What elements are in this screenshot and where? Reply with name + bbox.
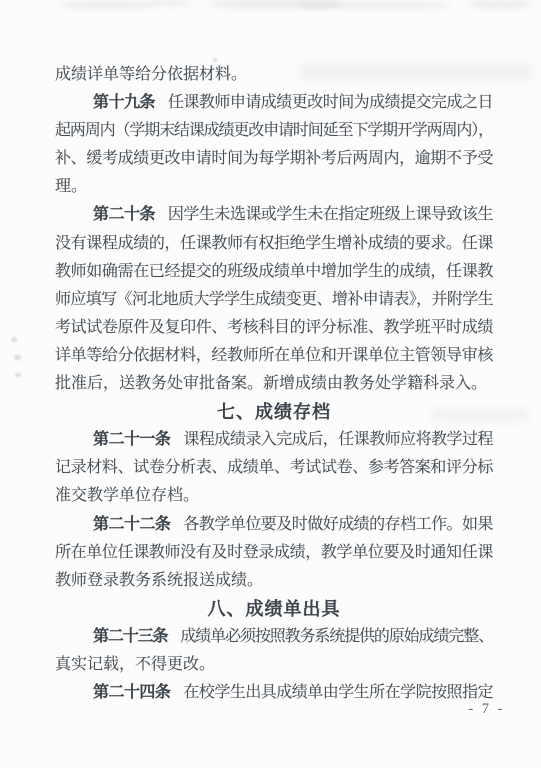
article-number-label: 第二十四条: [93, 684, 170, 701]
body-line: 成绩详单等给分依据材料。: [55, 61, 493, 89]
body-line: 补、缓考成绩更改申请时间为每学期补考后两周内，逾期不予受: [55, 145, 493, 173]
body-line: 真实记载，不得更改。: [55, 651, 493, 679]
line-text: 师应填写《河北地质大学学生成绩变更、增补申请表》，并附学生: [55, 291, 493, 308]
line-text: 详单等给分依据材料，经教师所在单位和开课单位主管领导审核: [55, 347, 493, 364]
body-line: 详单等给分依据材料，经教师所在单位和开课单位主管领导审核: [55, 342, 493, 370]
article-line: 第二十四条在校学生出具成绩单由学生所在学院按照指定: [55, 679, 493, 707]
article-line: 第二十二条各教学单位要及时做好成绩的存档工作。如果: [55, 511, 493, 539]
article-number-label: 第十九条: [93, 94, 155, 111]
article-number-label: 第二十一条: [93, 431, 170, 448]
body-line: 所在单位任课教师没有及时登录成绩，教学单位要及时通知任课: [55, 539, 493, 567]
line-text: 因学生未选课或学生未在指定班级上课导致该生: [168, 206, 493, 223]
body-line: 教师登录教务系统报送成绩。: [55, 567, 493, 595]
line-text: 记录材料、试卷分析表、成绩单、考试试卷、参考答案和评分标: [55, 459, 493, 476]
article-number-label: 第二十二条: [93, 516, 170, 533]
article-line: 第二十条因学生未选课或学生未在指定班级上课导致该生: [55, 201, 493, 229]
line-text: 成绩单必须按照教务系统提供的原始成绩完整、: [180, 628, 493, 645]
line-text: 任课教师申请成绩更改时间为成绩提交完成之日: [168, 94, 493, 111]
line-text: 课程成绩录入完成后，任课教师应将教学过程: [183, 431, 493, 448]
line-text: 没有课程成绩的，任课教师有权拒绝学生增补成绩的要求。任课: [55, 235, 493, 252]
body-line: 准交教学单位存档。: [55, 482, 493, 510]
document-text-column: 成绩详单等给分依据材料。 第十九条任课教师申请成绩更改时间为成绩提交完成之日 起…: [55, 61, 493, 707]
line-text: 真实记载，不得更改。: [55, 656, 215, 673]
article-number-label: 第二十三条: [93, 628, 167, 645]
line-text: 起两周内（学期末结课成绩更改申请时间延至下学期开学两周内），: [55, 122, 493, 139]
scan-smudge: [210, 0, 340, 9]
line-text: 考试试卷原件及复印件、考核科目的评分标准、教学班平时成绩: [55, 319, 493, 336]
body-line: 批准后，送教务处审批备案。新增成绩由教务处学籍科录入。: [55, 370, 493, 398]
line-text: 成绩详单等给分依据材料。: [55, 66, 247, 83]
line-text: 准交教学单位存档。: [55, 487, 199, 504]
page-number: - 7 -: [468, 701, 505, 718]
article-line: 第二十一条课程成绩录入完成后，任课教师应将教学过程: [55, 426, 493, 454]
article-line: 第二十三条成绩单必须按照教务系统提供的原始成绩完整、: [55, 623, 493, 651]
line-text: 理。: [55, 178, 87, 195]
scan-smudge: [150, 0, 190, 6]
body-line: 师应填写《河北地质大学学生成绩变更、增补申请表》，并附学生: [55, 286, 493, 314]
heading-text: 七、成绩存档: [217, 402, 331, 422]
body-line: 理。: [55, 173, 493, 201]
body-line: 起两周内（学期末结课成绩更改申请时间延至下学期开学两周内），: [55, 117, 493, 145]
body-line: 考试试卷原件及复印件、考核科目的评分标准、教学班平时成绩: [55, 314, 493, 342]
line-text: 补、缓考成绩更改申请时间为每学期补考后两周内，逾期不予受: [55, 150, 493, 167]
line-text: 在校学生出具成绩单由学生所在学院按照指定: [183, 684, 493, 701]
section-heading-transcript: 八、成绩单出具: [55, 595, 493, 623]
document-page: 成绩详单等给分依据材料。 第十九条任课教师申请成绩更改时间为成绩提交完成之日 起…: [0, 0, 541, 768]
scan-smudge: [300, 2, 450, 9]
margin-mark: [14, 355, 21, 360]
body-line: 没有课程成绩的，任课教师有权拒绝学生增补成绩的要求。任课: [55, 230, 493, 258]
line-text: 教师如确需在已经提交的班级成绩单中增加学生的成绩，任课教: [55, 263, 493, 280]
line-text: 各教学单位要及时做好成绩的存档工作。如果: [183, 516, 493, 533]
line-text: 批准后，送教务处审批备案。新增成绩由教务处学籍科录入。: [55, 375, 487, 392]
body-line: 教师如确需在已经提交的班级成绩单中增加学生的成绩，任课教: [55, 258, 493, 286]
line-text: 教师登录教务系统报送成绩。: [55, 572, 263, 589]
scan-smudge: [470, 0, 530, 9]
article-line: 第十九条任课教师申请成绩更改时间为成绩提交完成之日: [55, 89, 493, 117]
scan-smudge: [60, 1, 155, 9]
body-line: 记录材料、试卷分析表、成绩单、考试试卷、参考答案和评分标: [55, 454, 493, 482]
article-number-label: 第二十条: [93, 206, 155, 223]
margin-mark: [11, 337, 17, 342]
margin-mark: [15, 373, 21, 377]
section-heading-archive: 七、成绩存档: [55, 398, 493, 426]
line-text: 所在单位任课教师没有及时登录成绩，教学单位要及时通知任课: [55, 544, 493, 561]
heading-text: 八、成绩单出具: [208, 599, 341, 619]
